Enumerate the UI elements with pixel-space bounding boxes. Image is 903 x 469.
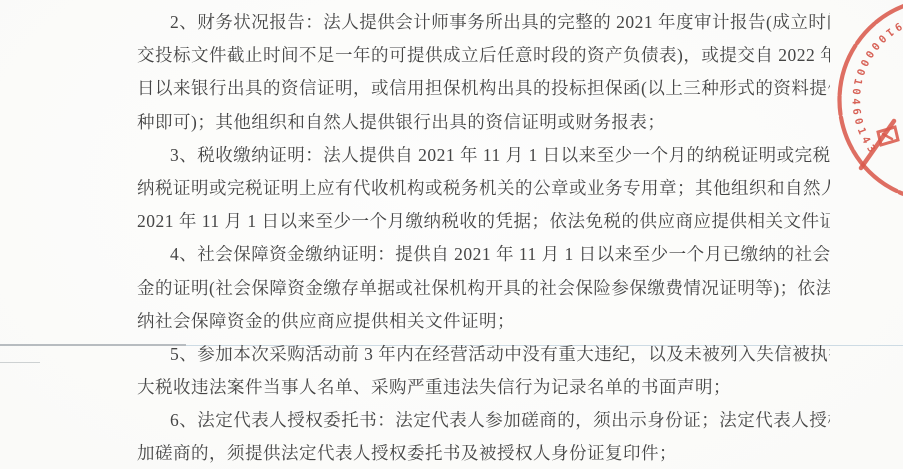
document-line: 种即可)；其他组织和自然人提供银行出具的资信证明或财务报表； (137, 106, 830, 139)
document-page: 2、财务状况报告：法人提供会计师事务所出具的完整的 2021 年度审计报告(成立… (0, 0, 903, 469)
document-line: 大税收违法案件当事人名单、采购严重违法失信行为记录名单的书面声明； (137, 371, 830, 404)
document-line: 2、财务状况报告：法人提供会计师事务所出具的完整的 2021 年度审计报告(成立… (170, 6, 830, 39)
seal-digit: 0 (862, 48, 876, 60)
red-seal: 910000010460143 (773, 0, 903, 210)
document-text: 2、财务状况报告：法人提供会计师事务所出具的完整的 2021 年度审计报告(成立… (0, 6, 903, 469)
document-line: 日以来银行出具的资信证明，或信用担保机构出具的投标担保函(以上三种形式的资料提供… (137, 72, 830, 105)
seal-digit: 0 (850, 88, 863, 95)
seal-digit: 1 (851, 77, 864, 86)
document-line: 交投标文件截止时间不足一年的可提供成立后任意时段的资产负债表)，或提交自 202… (137, 39, 830, 72)
seal-digit: 0 (852, 117, 865, 126)
seal-digit: 0 (854, 67, 867, 77)
document-line: 纳社会保障资金的供应商应提供相关文件证明； (137, 305, 830, 338)
seal-digit: 0 (857, 57, 871, 68)
document-line: 4、社会保障资金缴纳证明：提供自 2021 年 11 月 1 日以来至少一个月已… (170, 238, 830, 271)
seal-digit: 1 (855, 126, 868, 136)
seal-digit: 4 (849, 98, 861, 105)
document-line: 加磋商的，须提供法定代表人授权委托书及被授权人身份证复印件； (137, 437, 830, 469)
document-line: 5、参加本次采购活动前 3 年内在经营活动中没有重大违纪，以及未被列入失信被执行… (170, 338, 830, 371)
seal-digit: 6 (850, 108, 863, 116)
document-line: 2021 年 11 月 1 日以来至少一个月缴纳税收的凭据；依法免税的供应商应提… (137, 205, 830, 238)
document-line: 6、法定代表人授权委托书：法定代表人参加磋商的，须出示身份证；法定代表人授权他人… (170, 404, 830, 437)
document-line: 金的证明(社会保障资金缴存单据或社保机构开具的社会保险参保缴费情况证明等)；依法… (137, 272, 830, 305)
document-line: 纳税证明或完税证明上应有代收机构或税务机关的公章或业务专用章；其他组织和自然人提… (137, 172, 830, 205)
document-line: 3、税收缴纳证明：法人提供自 2021 年 11 月 1 日以来至少一个月的纳税… (170, 139, 830, 172)
